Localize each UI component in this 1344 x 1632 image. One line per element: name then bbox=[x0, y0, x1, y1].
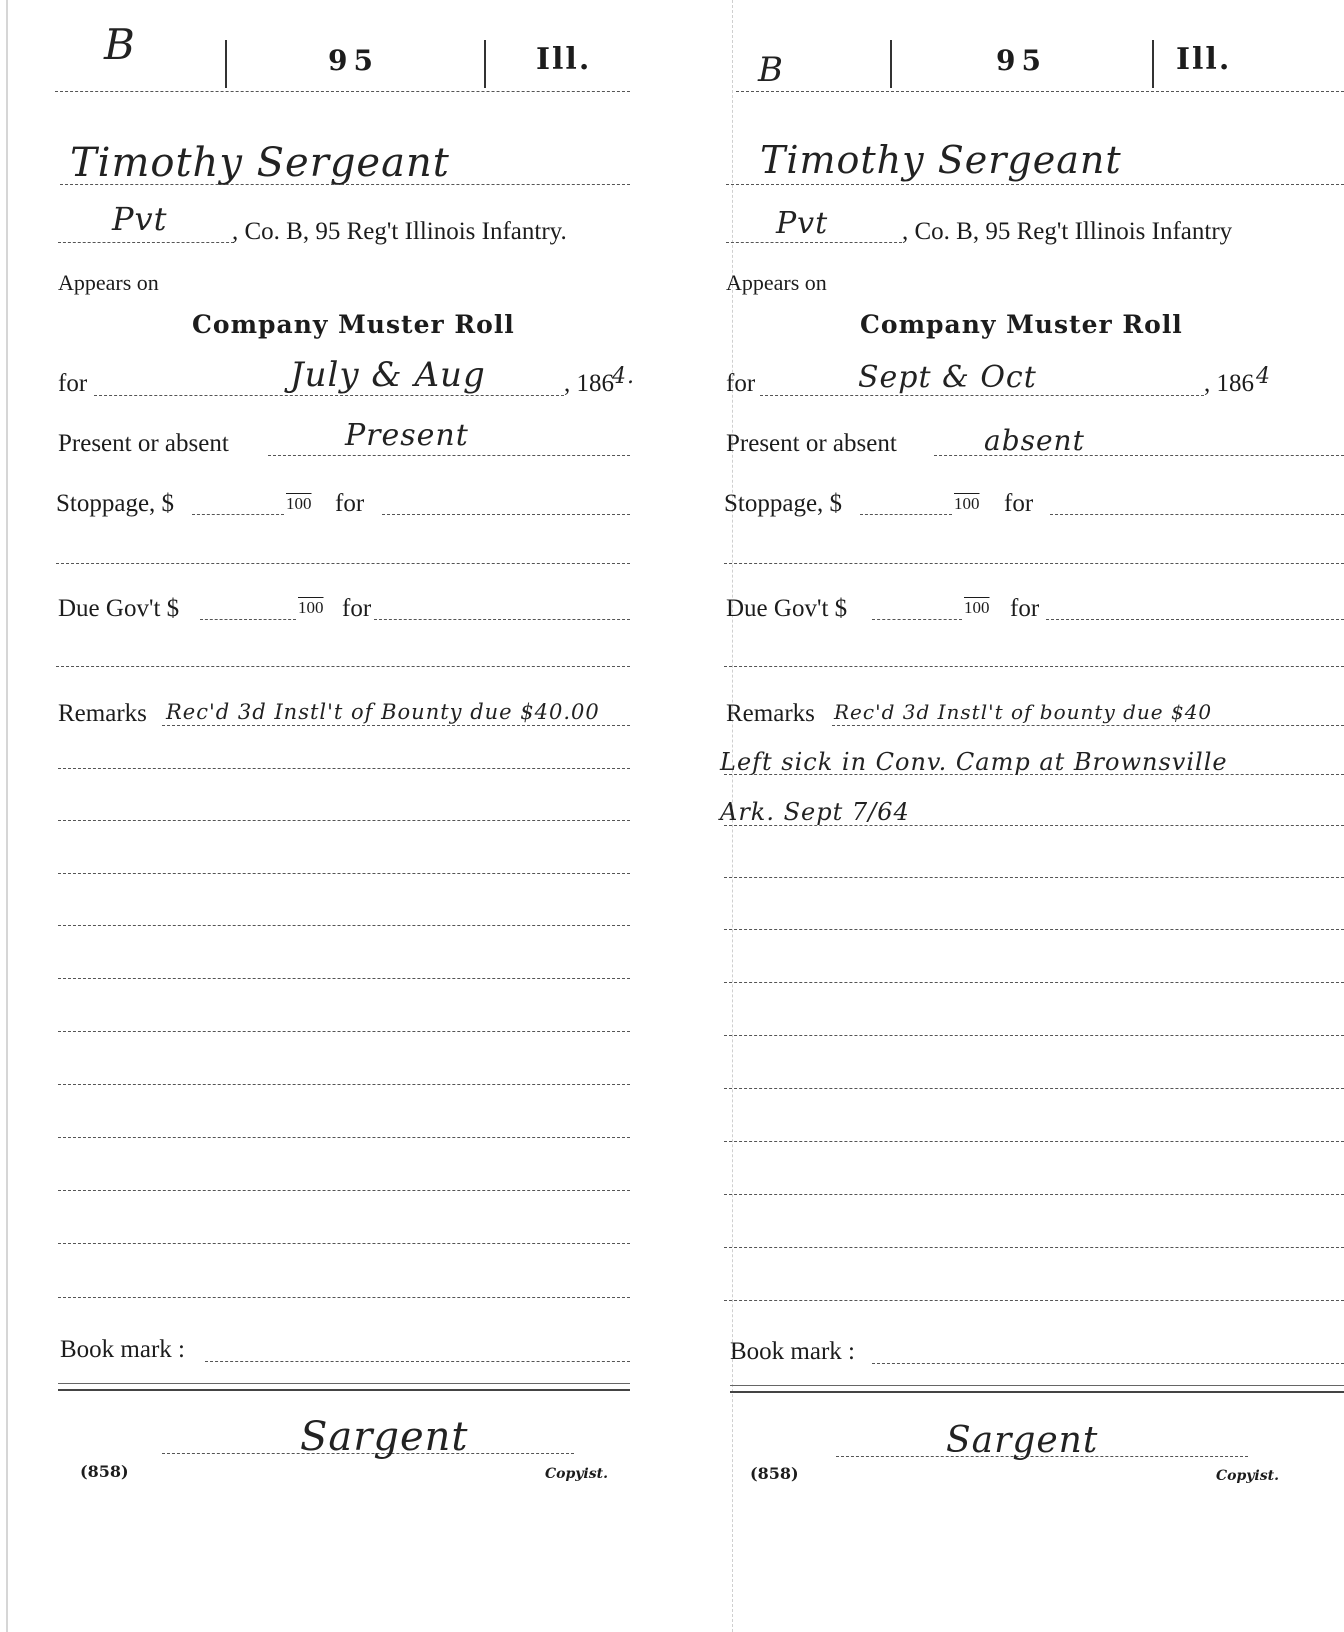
due-amount-line bbox=[872, 619, 962, 620]
remarks-line-2: Left sick in Conv. Camp at Brownsville bbox=[720, 748, 1228, 776]
company-handwritten: B bbox=[104, 20, 136, 69]
due-unit: 100 bbox=[298, 598, 324, 618]
year-prefix: , 186 bbox=[564, 370, 614, 398]
bookmark-line bbox=[205, 1361, 630, 1362]
muster-card-left: B 95 Ill. Timothy Sergeant Pvt , Co. B, … bbox=[0, 0, 672, 1632]
stoppage-for-line bbox=[382, 514, 630, 515]
company-handwritten: B bbox=[758, 50, 784, 90]
period-value: Sept & Oct bbox=[858, 360, 1037, 395]
present-line bbox=[268, 455, 630, 456]
ruled-line bbox=[724, 1194, 1344, 1195]
remarks-line-3: Ark. Sept 7/64 bbox=[720, 798, 910, 826]
rank: Pvt bbox=[776, 206, 828, 241]
copyist-signature: Sargent bbox=[300, 1414, 468, 1460]
due-for: for bbox=[342, 595, 371, 623]
muster-card-right: B 95 Ill. Timothy Sergeant Pvt , Co. B, … bbox=[696, 0, 1344, 1632]
present-value: absent bbox=[984, 424, 1085, 457]
period-line bbox=[760, 395, 1204, 396]
state-abbr: Ill. bbox=[536, 42, 591, 77]
remarks-line-1: Rec'd 3d Instl't of Bounty due $40.00 bbox=[166, 700, 600, 724]
double-rule bbox=[58, 1383, 630, 1391]
present-value: Present bbox=[345, 418, 469, 453]
remarks-line bbox=[832, 725, 1344, 726]
bookmark-label: Book mark : bbox=[730, 1338, 855, 1366]
stoppage-for: for bbox=[1004, 490, 1033, 518]
ruled-line bbox=[724, 1141, 1344, 1142]
rank-line bbox=[726, 242, 902, 243]
ruled-line bbox=[724, 1088, 1344, 1089]
year-suffix: 4. bbox=[612, 364, 635, 389]
form-number: (858) bbox=[80, 1462, 129, 1481]
due-line-2 bbox=[56, 666, 630, 667]
rank: Pvt bbox=[112, 200, 167, 238]
bookmark-label: Book mark : bbox=[60, 1336, 185, 1364]
stoppage-for-line bbox=[1050, 514, 1344, 515]
ruled-line bbox=[58, 1297, 630, 1298]
copyist-signature: Sargent bbox=[946, 1420, 1098, 1461]
header-divider bbox=[1152, 40, 1154, 88]
stoppage-label: Stoppage, $ bbox=[724, 490, 842, 518]
for-label: for bbox=[726, 370, 755, 398]
ruled-line bbox=[58, 1137, 630, 1138]
ruled-line bbox=[58, 925, 630, 926]
ruled-line bbox=[724, 877, 1344, 878]
due-line-2 bbox=[724, 666, 1344, 667]
due-for-line bbox=[374, 619, 630, 620]
state-abbr: Ill. bbox=[1176, 42, 1231, 77]
ruled-line bbox=[724, 1247, 1344, 1248]
header-rule bbox=[55, 91, 630, 92]
card-edge bbox=[6, 0, 10, 1632]
roll-title: Company Muster Roll bbox=[860, 310, 1183, 339]
name-line bbox=[60, 184, 630, 185]
ruled-line bbox=[58, 820, 630, 821]
due-label: Due Gov't $ bbox=[726, 595, 847, 623]
ruled-line bbox=[58, 1031, 630, 1032]
ruled-line bbox=[58, 1084, 630, 1085]
header-divider bbox=[484, 40, 486, 88]
stoppage-line-2 bbox=[56, 563, 630, 564]
soldier-name: Timothy Sergeant bbox=[760, 138, 1122, 182]
remarks-line-1: Rec'd 3d Instl't of bounty due $40 bbox=[834, 700, 1212, 724]
header-divider bbox=[225, 40, 227, 88]
due-amount-line bbox=[200, 619, 296, 620]
stoppage-unit: 100 bbox=[954, 494, 980, 514]
bookmark-line bbox=[872, 1363, 1344, 1364]
remarks-line bbox=[162, 725, 630, 726]
stoppage-amount-line bbox=[192, 514, 284, 515]
for-label: for bbox=[58, 370, 87, 398]
ruled-line bbox=[724, 1035, 1344, 1036]
stoppage-for: for bbox=[335, 490, 364, 518]
stoppage-line-2 bbox=[724, 563, 1344, 564]
unit-line: , Co. B, 95 Reg't Illinois Infantry bbox=[902, 218, 1232, 246]
unit-line: , Co. B, 95 Reg't Illinois Infantry. bbox=[232, 218, 567, 246]
header-divider bbox=[890, 40, 892, 88]
double-rule bbox=[730, 1385, 1344, 1393]
stoppage-amount-line bbox=[860, 514, 952, 515]
ruled-line bbox=[58, 768, 630, 769]
ruled-line bbox=[724, 1300, 1344, 1301]
due-for: for bbox=[1010, 595, 1039, 623]
appears-on-label: Appears on bbox=[726, 270, 827, 296]
roll-title: Company Muster Roll bbox=[192, 310, 515, 339]
present-label: Present or absent bbox=[726, 430, 897, 458]
form-number: (858) bbox=[750, 1464, 799, 1483]
due-label: Due Gov't $ bbox=[58, 595, 179, 623]
regiment-number: 95 bbox=[328, 44, 379, 77]
period-line bbox=[94, 395, 564, 396]
due-for-line bbox=[1046, 619, 1344, 620]
ruled-line bbox=[58, 873, 630, 874]
copyist-label: Copyist. bbox=[545, 1466, 608, 1482]
ruled-line bbox=[724, 929, 1344, 930]
appears-on-label: Appears on bbox=[58, 270, 159, 296]
soldier-name: Timothy Sergeant bbox=[70, 140, 450, 186]
due-unit: 100 bbox=[964, 598, 990, 618]
stoppage-unit: 100 bbox=[286, 494, 312, 514]
ruled-line bbox=[58, 1243, 630, 1244]
copyist-label: Copyist. bbox=[1216, 1468, 1279, 1484]
remarks-label: Remarks bbox=[58, 700, 147, 728]
ruled-line bbox=[58, 978, 630, 979]
name-line bbox=[726, 184, 1344, 185]
present-label: Present or absent bbox=[58, 430, 229, 458]
remarks-label: Remarks bbox=[726, 700, 815, 728]
ruled-line bbox=[58, 1190, 630, 1191]
ruled-line bbox=[724, 982, 1344, 983]
period-value: July & Aug bbox=[290, 355, 486, 395]
header-rule bbox=[736, 91, 1344, 92]
stoppage-label: Stoppage, $ bbox=[56, 490, 174, 518]
year-suffix: 4 bbox=[1256, 364, 1271, 389]
rank-line bbox=[58, 242, 234, 243]
year-prefix: , 186 bbox=[1204, 370, 1254, 398]
regiment-number: 95 bbox=[996, 44, 1047, 77]
